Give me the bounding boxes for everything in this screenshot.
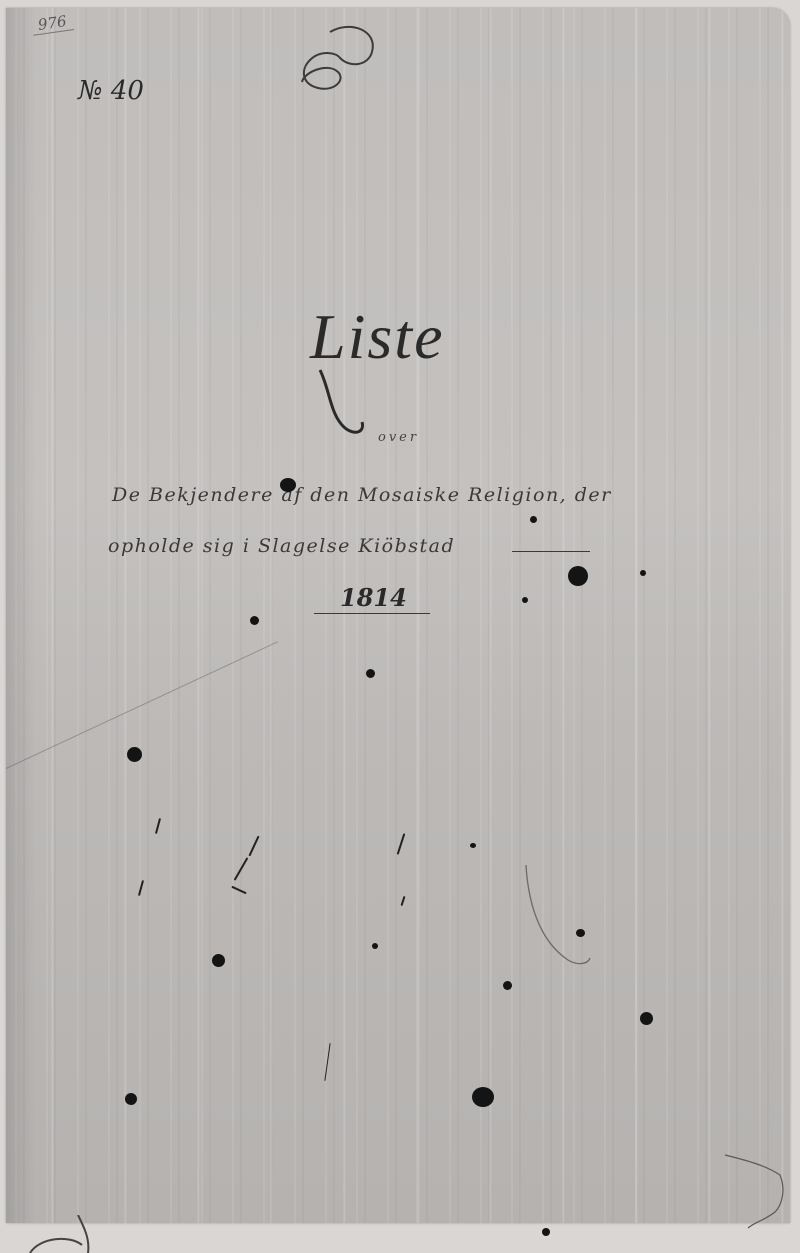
body-line-2: opholde sig i Slagelse Kiöbstad <box>108 535 455 557</box>
ink-blot <box>568 566 588 586</box>
torn-corner <box>720 1150 790 1230</box>
ink-blot <box>472 1087 494 1107</box>
ink-blot <box>640 1012 653 1025</box>
binding-string <box>10 1215 130 1253</box>
paper-crease <box>6 641 278 769</box>
subtitle-over: over <box>378 430 419 445</box>
title-flourish <box>310 360 390 440</box>
ink-blot <box>640 570 646 576</box>
ink-blot <box>366 669 375 678</box>
ink-blot <box>280 478 296 492</box>
year-underline <box>314 613 430 614</box>
document-year: 1814 <box>340 583 407 612</box>
line-end-rule <box>512 551 590 552</box>
ink-blot <box>503 981 512 990</box>
ink-blot <box>530 516 537 523</box>
faint-pencil-curve <box>518 860 598 970</box>
body-line-1: De Bekjendere af den Mosaiske Religion, … <box>112 484 612 506</box>
ink-blot <box>372 943 378 949</box>
ink-blot <box>250 616 259 625</box>
document-number: № 40 <box>78 76 144 106</box>
ink-blot <box>125 1093 137 1105</box>
ink-blot <box>470 843 476 848</box>
ink-blot <box>542 1228 550 1236</box>
manuscript-page <box>6 8 790 1223</box>
ink-blot <box>522 597 528 603</box>
ink-blot <box>212 954 225 967</box>
pencil-loop-mark <box>290 22 380 97</box>
ink-blot <box>127 747 142 762</box>
